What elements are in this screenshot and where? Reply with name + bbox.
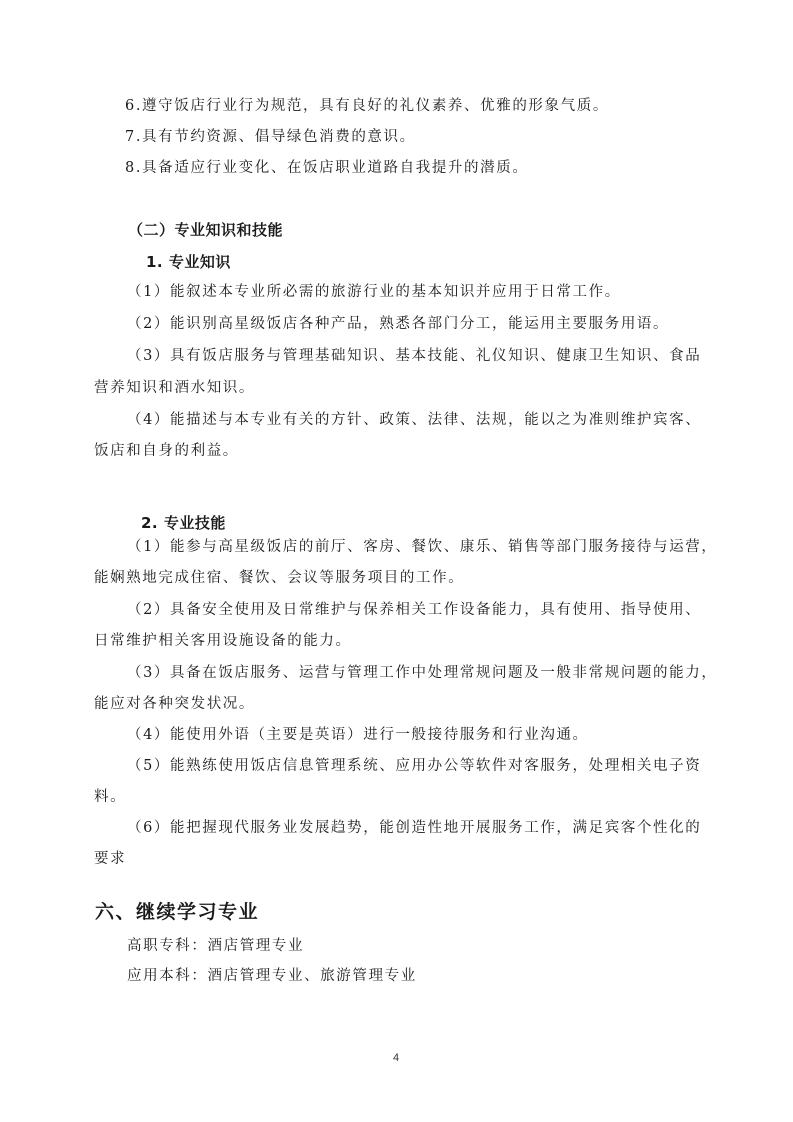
skills-line: （2）具备安全使用及日常维护与保养相关工作设备能力，具有使用、指导使用、 — [127, 600, 701, 620]
continuing-study-line: 高职专科：酒店管理专业 — [127, 936, 304, 956]
subheading-skills: 2. 专业技能 — [141, 513, 226, 533]
skills-line: 要求 — [94, 849, 126, 869]
quality-item-8: 8.具备适应行业变化、在饭店职业道路自我提升的潜质。 — [125, 158, 528, 178]
knowledge-line: （3）具有饭店服务与管理基础知识、基本技能、礼仪知识、健康卫生知识、食品 — [127, 346, 701, 366]
section-heading-knowledge-skills: （二）专业知识和技能 — [128, 220, 283, 240]
skills-line: （6）能把握现代服务业发展趋势，能创造性地开展服务工作，满足宾客个性化的 — [127, 818, 701, 838]
knowledge-line: 饭店和自身的利益。 — [94, 441, 239, 461]
skills-line: （4）能使用外语（主要是英语）进行一般接待服务和行业沟通。 — [127, 725, 589, 745]
knowledge-line: 营养知识和酒水知识。 — [94, 378, 255, 398]
skills-line: 能娴熟地完成住宿、餐饮、会议等服务项目的工作。 — [94, 568, 464, 588]
knowledge-line: （1）能叙述本专业所必需的旅游行业的基本知识并应用于日常工作。 — [127, 282, 621, 302]
continuing-study-line: 应用本科：酒店管理专业、旅游管理专业 — [127, 966, 417, 986]
skills-line: （5）能熟练使用饭店信息管理系统、应用办公等软件对客服务，处理相关电子资 — [127, 756, 701, 776]
knowledge-line: （4）能描述与本专业有关的方针、政策、法律、法规，能以之为准则维护宾客、 — [127, 410, 701, 430]
quality-item-7: 7.具有节约资源、倡导绿色消费的意识。 — [125, 127, 416, 147]
knowledge-line: （2）能识别高星级饭店各种产品，熟悉各部门分工，能运用主要服务用语。 — [127, 314, 669, 334]
skills-line: 料。 — [94, 787, 126, 807]
section-heading-continuing-study: 六、继续学习专业 — [95, 900, 259, 924]
skills-line: 日常维护相关客用设施设备的能力。 — [94, 631, 352, 651]
quality-item-6: 6.遵守饭店行业行为规范，具有良好的礼仪素养、优雅的形象气质。 — [125, 96, 609, 116]
subheading-knowledge: 1. 专业知识 — [146, 252, 231, 272]
skills-line: （1）能参与高星级饭店的前厅、客房、餐饮、康乐、销售等部门服务接待与运营， — [127, 537, 717, 557]
skills-line: 能应对各种突发状况。 — [94, 694, 255, 714]
page-number: 4 — [393, 1052, 399, 1064]
skills-line: （3）具备在饭店服务、运营与管理工作中处理常规问题及一般非常规问题的能力， — [127, 663, 717, 683]
